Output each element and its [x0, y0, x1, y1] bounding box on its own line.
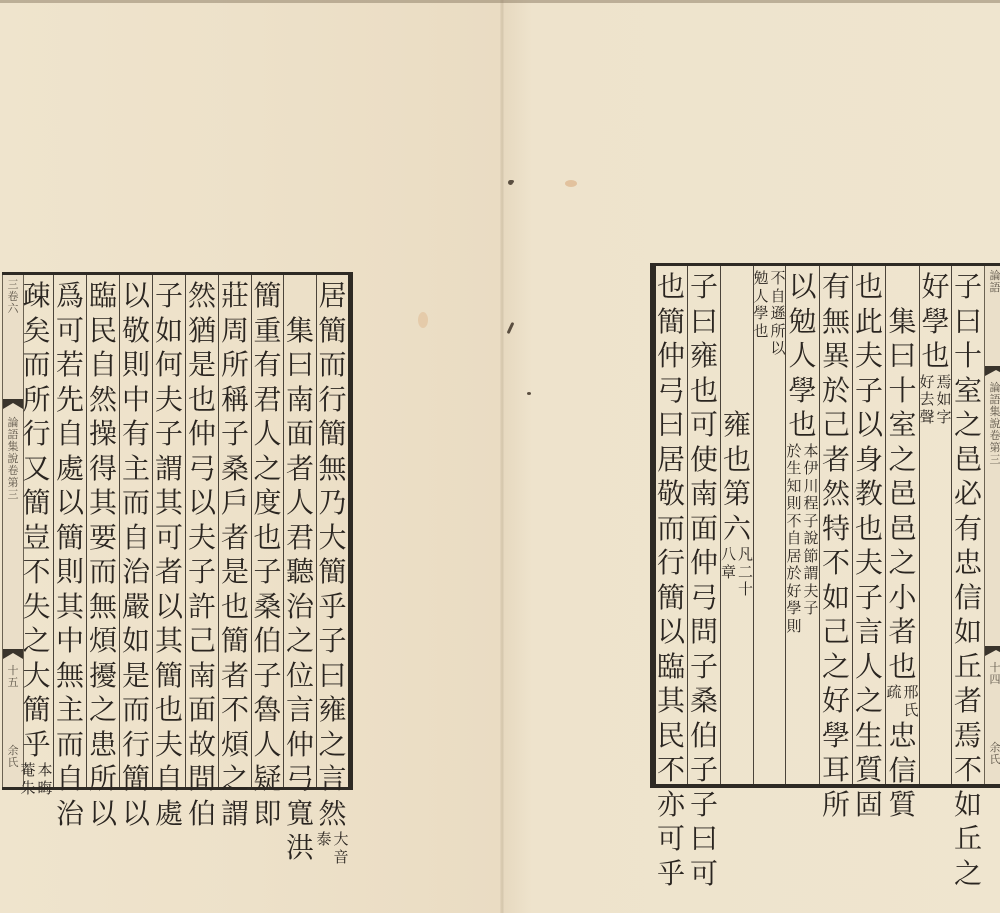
note-line: 疏	[886, 684, 902, 719]
note-line: 勉人學也	[753, 270, 769, 358]
main-char: 夫	[153, 728, 185, 763]
main-char: 然	[186, 279, 218, 314]
main-char: 許	[186, 590, 218, 625]
note-char: 所	[770, 323, 786, 341]
interlinear-note: 焉如字好去聲	[919, 374, 952, 427]
note-char: 氏	[903, 702, 919, 720]
note-char: 泰	[316, 831, 332, 849]
main-char: 特	[820, 512, 852, 547]
main-char: 患	[87, 728, 119, 763]
note-char: 則	[786, 495, 802, 513]
main-char: 以	[186, 486, 218, 521]
note-char: 知	[786, 478, 802, 496]
note-line: 焉如字	[936, 374, 952, 427]
main-char: 治	[54, 797, 86, 832]
note-char: 章	[721, 564, 737, 582]
main-char: 之	[853, 684, 885, 719]
main-char: 無	[317, 452, 349, 487]
main-char: 生	[853, 719, 885, 754]
note-char: 子	[803, 600, 819, 618]
main-char: 如	[120, 624, 152, 659]
note-char: 不	[770, 270, 786, 288]
main-char: 如	[820, 581, 852, 616]
main-char: 重	[252, 314, 284, 349]
main-char: 以	[655, 615, 687, 650]
main-char: 莊	[219, 279, 251, 314]
main-char: 可	[153, 521, 185, 556]
main-char: 雍	[317, 693, 349, 728]
main-char: 也	[853, 270, 885, 305]
main-char: 中	[54, 624, 86, 659]
main-char: 而	[655, 512, 687, 547]
main-char: 是	[120, 659, 152, 694]
main-char: 曰	[688, 305, 720, 340]
note-line: 好去聲	[919, 374, 935, 427]
note-char: 好	[786, 583, 802, 601]
main-char: 不	[820, 546, 852, 581]
note-char: 居	[786, 548, 802, 566]
main-char: 乎	[21, 728, 53, 763]
main-char: 稱	[219, 383, 251, 418]
main-char: 弓	[284, 762, 316, 797]
main-char: 簡	[655, 305, 687, 340]
main-char: 好	[820, 684, 852, 719]
main-char: 於	[820, 374, 852, 409]
interlinear-note: 大音泰	[316, 831, 349, 866]
main-char: 者	[820, 443, 852, 478]
main-char: 南	[284, 383, 316, 418]
main-char: 之	[317, 728, 349, 763]
main-char: 行	[120, 728, 152, 763]
main-char: 所	[87, 762, 119, 797]
main-char: 則	[120, 348, 152, 383]
main-char: 度	[252, 486, 284, 521]
main-char: 夫	[186, 521, 218, 556]
main-char: 己	[820, 615, 852, 650]
main-char: 之	[87, 693, 119, 728]
main-char: 子	[252, 555, 284, 590]
note-char: 凡	[738, 546, 754, 564]
main-char: 簡	[54, 521, 86, 556]
main-char: 則	[54, 555, 86, 590]
fish-tail-mark	[985, 646, 1000, 656]
interlinear-note: 本伊川程子說節謂夫子於生知則不自居於好學則	[786, 443, 819, 636]
note-char: 於	[786, 443, 802, 461]
main-char: 學	[820, 719, 852, 754]
main-char: 操	[87, 417, 119, 452]
main-char: 面	[186, 693, 218, 728]
main-char: 邑	[887, 477, 919, 512]
note-char: 邢	[903, 684, 919, 702]
note-char: 學	[753, 305, 769, 323]
main-char: 質	[853, 753, 885, 788]
main-char: 所	[820, 788, 852, 823]
main-char: 好	[920, 270, 952, 305]
main-char: 言	[284, 693, 316, 728]
main-char: 己	[186, 624, 218, 659]
main-char: 如	[952, 788, 984, 823]
main-char: 煩	[219, 728, 251, 763]
note-char: 程	[803, 495, 819, 513]
main-char: 之	[952, 408, 984, 443]
main-char: 耳	[820, 753, 852, 788]
main-char: 所	[21, 383, 53, 418]
main-char: 簡	[21, 486, 53, 521]
main-char: 如	[153, 314, 185, 349]
main-char: 十	[887, 374, 919, 409]
text-column: 以敬則中有主而自治嚴如是而行簡以	[119, 275, 152, 787]
main-char: 然	[87, 383, 119, 418]
main-char: 然	[820, 477, 852, 512]
note-char: 八	[721, 546, 737, 564]
paper-stain	[565, 180, 577, 187]
text-column: 子曰雍也可使南面仲弓問子桑伯子子曰可	[687, 266, 720, 784]
text-column: 以勉人學也本伊川程子說節謂夫子於生知則不自居於好學則	[785, 266, 819, 784]
main-char: 伯	[688, 719, 720, 754]
main-char: 忠	[887, 719, 919, 754]
main-char: 子	[688, 270, 720, 305]
main-char: 六	[721, 512, 753, 547]
main-char: 簡	[317, 417, 349, 452]
main-char: 有	[952, 512, 984, 547]
note-char: 晦	[37, 780, 53, 798]
note-char: 人	[753, 288, 769, 306]
main-char: 身	[853, 443, 885, 478]
note-line: 泰	[316, 831, 332, 866]
note-line: 本伊川程子說節謂夫子	[803, 443, 819, 636]
main-char: 得	[87, 452, 119, 487]
note-char: 以	[770, 340, 786, 358]
note-char: 焉	[936, 374, 952, 392]
main-char: 中	[120, 383, 152, 418]
main-char: 主	[120, 452, 152, 487]
main-char: 自	[87, 348, 119, 383]
main-char: 先	[54, 383, 86, 418]
main-char: 其	[153, 486, 185, 521]
main-char: 人	[252, 728, 284, 763]
main-char: 之	[952, 857, 984, 892]
text-column: 子如何夫子謂其可者以其簡也夫自處	[152, 275, 185, 787]
main-char: 學	[787, 374, 819, 409]
main-char: 曰	[688, 822, 720, 857]
main-char: 不	[952, 753, 984, 788]
note-line: 菴朱	[20, 762, 36, 797]
main-char: 戶	[219, 486, 251, 521]
main-char: 集	[284, 314, 316, 349]
main-char: 忠	[952, 546, 984, 581]
note-char: 生	[786, 460, 802, 478]
main-char: 也	[153, 693, 185, 728]
main-char: 而	[120, 486, 152, 521]
ink-speck	[510, 180, 514, 183]
main-char: 擾	[87, 659, 119, 694]
text-column: 好學也焉如字好去聲	[919, 266, 951, 784]
main-char: 以	[54, 486, 86, 521]
interlinear-note: 邢氏疏	[886, 684, 919, 719]
note-char: 十	[738, 581, 754, 599]
text-column: 莊周所稱子桑戶者是也簡者不煩之謂	[218, 275, 251, 787]
main-char: 伯	[252, 624, 284, 659]
note-char: 音	[333, 849, 349, 867]
main-char: 臨	[655, 650, 687, 685]
main-char: 而	[54, 728, 86, 763]
main-char: 弓	[655, 374, 687, 409]
main-char: 曰	[887, 339, 919, 374]
note-char: 也	[753, 323, 769, 341]
note-line: 本晦	[37, 762, 53, 797]
main-char: 可	[688, 408, 720, 443]
main-char: 治	[120, 555, 152, 590]
main-char: 寬	[284, 797, 316, 832]
main-char: 之	[219, 762, 251, 797]
main-char: 之	[252, 452, 284, 487]
text-column: 集曰南面者人君聽治之位言仲弓寬洪	[283, 275, 316, 787]
main-char: 治	[284, 590, 316, 625]
main-char: 煩	[87, 624, 119, 659]
note-char: 朱	[20, 780, 36, 798]
main-char: 其	[54, 590, 86, 625]
main-char: 夫	[153, 383, 185, 418]
note-char: 則	[786, 618, 802, 636]
main-char: 簡	[252, 279, 284, 314]
main-char: 桑	[252, 590, 284, 625]
main-char: 仲	[186, 417, 218, 452]
note-char: 夫	[803, 583, 819, 601]
main-char: 伯	[186, 797, 218, 832]
main-char: 行	[655, 546, 687, 581]
text-column: 疎矣而所行又簡豈不失之大簡乎本晦菴朱	[20, 275, 53, 787]
main-char: 自	[120, 521, 152, 556]
main-char: 雍	[721, 408, 753, 443]
main-char: 也	[853, 512, 885, 547]
main-char: 以	[787, 270, 819, 305]
main-char: 以	[853, 408, 885, 443]
main-char: 異	[820, 339, 852, 374]
text-column: 也此夫子以身教也夫子言人之生質固	[852, 266, 885, 784]
main-char: 人	[853, 650, 885, 685]
main-char: 以	[120, 279, 152, 314]
main-char: 言	[317, 762, 349, 797]
note-line: 邢氏	[903, 684, 919, 719]
main-char: 以	[87, 797, 119, 832]
main-char: 人	[252, 417, 284, 452]
main-char: 集	[887, 305, 919, 340]
left-page-columns: 居簡而行簡無乃大簡乎子曰雍之言然大音泰集曰南面者人君聽治之位言仲弓寬洪簡重有君人…	[22, 275, 348, 787]
main-char: 學	[920, 305, 952, 340]
note-line: 不自遜所以	[770, 270, 786, 358]
main-char: 失	[21, 590, 53, 625]
main-char: 也	[787, 408, 819, 443]
main-char: 此	[853, 305, 885, 340]
main-char: 固	[853, 788, 885, 823]
main-char: 洪	[284, 831, 316, 866]
main-char: 子	[153, 417, 185, 452]
main-char: 丘	[952, 650, 984, 685]
note-char: 不	[786, 513, 802, 531]
main-char: 小	[887, 581, 919, 616]
page-top-edge	[0, 0, 1000, 3]
note-char: 字	[936, 409, 952, 427]
main-char: 可	[688, 857, 720, 892]
main-char: 也	[721, 443, 753, 478]
note-char: 於	[786, 565, 802, 583]
main-char: 者	[153, 555, 185, 590]
interlinear-note: 不自遜所以勉人學也	[753, 270, 786, 358]
main-char: 是	[219, 555, 251, 590]
note-char: 自	[770, 288, 786, 306]
main-char: 者	[952, 684, 984, 719]
main-char: 信	[952, 581, 984, 616]
main-char: 何	[153, 348, 185, 383]
main-char: 者	[284, 452, 316, 487]
main-char: 曰	[952, 305, 984, 340]
note-char: 好	[919, 374, 935, 392]
main-char: 居	[317, 279, 349, 314]
note-char: 去	[919, 391, 935, 409]
main-char: 又	[21, 452, 53, 487]
note-char: 勉	[753, 270, 769, 288]
main-char: 面	[284, 417, 316, 452]
main-char: 子	[153, 279, 185, 314]
main-char: 乃	[317, 486, 349, 521]
main-char: 簡	[317, 314, 349, 349]
main-char: 若	[54, 348, 86, 383]
main-char: 位	[284, 659, 316, 694]
main-char: 之	[887, 443, 919, 478]
main-char: 臨	[87, 279, 119, 314]
note-char: 大	[333, 831, 349, 849]
margin-bottom-label: 余氏	[986, 742, 1000, 766]
main-char: 子	[186, 555, 218, 590]
main-char: 不	[21, 555, 53, 590]
main-char: 邑	[887, 512, 919, 547]
main-char: 其	[87, 486, 119, 521]
main-char: 如	[952, 615, 984, 650]
main-char: 室	[887, 408, 919, 443]
main-char: 夫	[853, 339, 885, 374]
note-char: 聲	[919, 409, 935, 427]
text-column: 簡重有君人之度也子桑伯子魯人疑即	[251, 275, 283, 787]
main-char: 矣	[21, 314, 53, 349]
note-char: 伊	[803, 460, 819, 478]
chapter-heading-column: 雍也第六凡二十八章	[720, 266, 753, 784]
main-char: 者	[219, 659, 251, 694]
text-column: 有無異於己者然特不如己之好學耳所	[819, 266, 852, 784]
main-char: 以	[153, 590, 185, 625]
main-char: 仲	[655, 339, 687, 374]
main-char: 行	[21, 417, 53, 452]
main-char: 自	[153, 762, 185, 797]
main-char: 乎	[655, 857, 687, 892]
main-char: 南	[688, 477, 720, 512]
main-char: 然	[317, 797, 349, 832]
right-margin-strip: 論語 論語集說卷第三 十四 余氏	[984, 266, 1000, 784]
main-char: 君	[284, 521, 316, 556]
main-char: 子	[688, 788, 720, 823]
main-char: 人	[284, 486, 316, 521]
main-char: 丘	[952, 822, 984, 857]
interlinear-note: 凡二十八章	[721, 546, 754, 599]
main-char: 處	[54, 452, 86, 487]
main-char: 居	[655, 443, 687, 478]
main-char: 爲	[54, 279, 86, 314]
main-char: 有	[120, 417, 152, 452]
main-char: 而	[21, 348, 53, 383]
main-char: 也	[688, 374, 720, 409]
main-char: 行	[317, 383, 349, 418]
right-page-columns: 子曰十室之邑必有忠信如丘者焉不如丘之好學也焉如字好去聲集曰十室之邑邑之小者也邢氏…	[656, 266, 984, 784]
left-page-text-frame: 三卷六 論語集說卷第三 十五 余氏 居簡而行簡無乃大簡乎子曰雍之言然大音泰集曰南…	[2, 272, 353, 790]
book-gutter	[500, 0, 504, 913]
main-char: 也	[655, 270, 687, 305]
main-char: 曰	[284, 348, 316, 383]
main-char: 敬	[655, 477, 687, 512]
main-char: 簡	[219, 624, 251, 659]
main-char: 信	[887, 754, 919, 789]
main-char: 不	[219, 693, 251, 728]
text-column: 集曰十室之邑邑之小者也邢氏疏忠信質	[885, 266, 919, 784]
main-char: 桑	[688, 684, 720, 719]
text-column: 然猶是也仲弓以夫子許己南面故問伯	[185, 275, 218, 787]
main-char: 人	[787, 339, 819, 374]
main-char: 者	[219, 521, 251, 556]
main-char: 子	[952, 270, 984, 305]
main-char: 也	[252, 521, 284, 556]
main-char: 敬	[120, 314, 152, 349]
main-char: 無	[87, 590, 119, 625]
main-char: 問	[688, 615, 720, 650]
main-char: 亦	[655, 788, 687, 823]
main-char: 問	[186, 762, 218, 797]
main-char: 要	[87, 521, 119, 556]
main-char: 簡	[21, 693, 53, 728]
main-char: 也	[219, 590, 251, 625]
main-char: 子	[853, 374, 885, 409]
note-char: 川	[803, 478, 819, 496]
main-char: 桑	[219, 452, 251, 487]
main-char: 大	[21, 659, 53, 694]
main-char: 夫	[853, 546, 885, 581]
main-char: 簡	[655, 581, 687, 616]
main-char: 之	[284, 624, 316, 659]
paper-stain	[418, 312, 428, 328]
note-char: 謂	[803, 565, 819, 583]
note-line: 於生知則不自居於好學則	[786, 443, 802, 636]
main-char: 焉	[952, 719, 984, 754]
main-char: 可	[54, 314, 86, 349]
main-char: 其	[153, 624, 185, 659]
main-char: 邑	[952, 443, 984, 478]
text-column: 居簡而行簡無乃大簡乎子曰雍之言然大音泰	[316, 275, 348, 787]
main-char: 子	[317, 624, 349, 659]
note-line: 凡二十	[738, 546, 754, 599]
main-char: 面	[688, 512, 720, 547]
main-char: 子	[688, 650, 720, 685]
note-char: 本	[37, 762, 53, 780]
main-char: 聽	[284, 555, 316, 590]
note-char: 節	[803, 548, 819, 566]
main-char: 子	[853, 581, 885, 616]
main-char: 謂	[153, 452, 185, 487]
main-char: 十	[952, 339, 984, 374]
note-char: 自	[786, 530, 802, 548]
main-char: 豈	[21, 521, 53, 556]
note-char: 說	[803, 530, 819, 548]
main-char: 子	[219, 417, 251, 452]
main-char: 可	[655, 822, 687, 857]
main-char: 有	[252, 348, 284, 383]
main-char: 質	[887, 788, 919, 823]
